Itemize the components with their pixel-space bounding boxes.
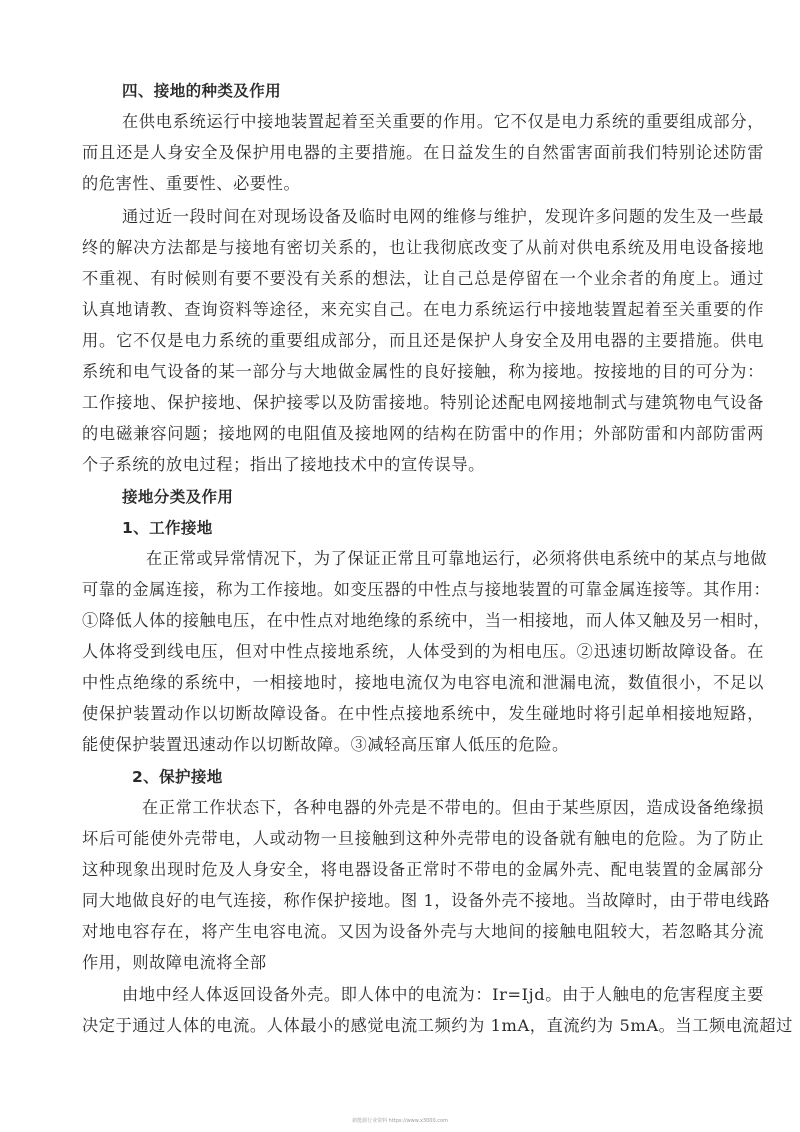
- subsection-title: 接地分类及作用: [122, 487, 233, 507]
- paragraph-line: 对地电容存在，将产生电容电流。又因为设备外壳与大地间的接触电阻较大，若忽略其分流: [82, 922, 764, 942]
- paragraph-line: 在正常或异常情况下，为了保证正常且可靠地运行，必须将供电系统中的某点与地做: [146, 549, 764, 569]
- paragraph-line: 这种现象出现时危及人身安全，将电器设备正常时不带电的金属外壳、配电装置的金属部分: [82, 860, 764, 880]
- paragraph-line: 能使保护装置迅速动作以切断故障。③减轻高压窜人低压的危险。: [82, 735, 569, 755]
- paragraph-line: 决定于通过人体的电流。人体最小的感觉电流工频约为 1mA，直流约为 5mA。当工…: [82, 1016, 764, 1036]
- paragraph-line: 工作接地、保护接地、保护接零以及防雷接地。特别论述配电网接地制式与建筑物电气设备: [82, 393, 764, 413]
- paragraph-line: 在正常工作状态下，各种电器的外壳是不带电的。但由于某些原因，造成设备绝缘损: [142, 798, 764, 818]
- paragraph-line: 而且还是人身安全及保护用电器的主要措施。在日益发生的自然雷害面前我们特别论述防雷: [82, 143, 764, 163]
- paragraph-line: 不重视、有时候则有要不要没有关系的想法，让自己总是停留在一个业余者的角度上。通过: [82, 269, 764, 289]
- paragraph-line: 由地中经人体返回设备外壳。即人体中的电流为：Ir=Ijd。由于人触电的危害程度主…: [122, 985, 764, 1005]
- paragraph-line: 的危害性、重要性、必要性。: [82, 174, 300, 194]
- paragraph-line: 系统和电气设备的某一部分与大地做金属性的良好接触，称为接地。按接地的目的可分为：: [82, 362, 764, 382]
- paragraph-line: 个子系统的放电过程；指出了接地技术中的宣传误导。: [82, 455, 485, 475]
- paragraph-line: 用。它不仅是电力系统的重要组成部分，而且还是保护人身安全及用电器的主要措施。供电: [82, 331, 764, 351]
- page-footer: 新能源行业资料 https://www.x3000.com: [0, 1117, 800, 1124]
- paragraph-line: 通过近一段时间在对现场设备及临时电网的维修与维护，发现许多问题的发生及一些最: [122, 207, 764, 227]
- paragraph-line: 中性点绝缘的系统中，一相接地时，接地电流仅为电容电流和泄漏电流，数值很小，不足以: [82, 673, 764, 693]
- paragraph-line: 使保护装置动作以切断故障设备。在中性点接地系统中，发生碰地时将引起单相接地短路，: [82, 704, 764, 724]
- section-title: 四、接地的种类及作用: [122, 81, 281, 101]
- paragraph-line: 可靠的金属连接，称为工作接地。如变压器的中性点与接地装置的可靠金属连接等。其作用…: [82, 580, 764, 600]
- paragraph-line: 人体将受到线电压，但对中性点接地系统，人体受到的为相电压。②迅速切断故障设备。在: [82, 642, 764, 662]
- paragraph-line: 坏后可能使外壳带电，人或动物一旦接触到这种外壳带电的设备就有触电的危险。为了防止: [82, 829, 764, 849]
- paragraph-line: 在供电系统运行中接地装置起着至关重要的作用。它不仅是电力系统的重要组成部分，: [122, 112, 764, 132]
- paragraph-line: 终的解决方法都是与接地有密切关系的，也让我彻底改变了从前对供电系统及用电设备接地: [82, 238, 764, 258]
- paragraph-line: ①降低人体的接触电压，在中性点对地绝缘的系统中，当一相接地，而人体又触及另一相时…: [82, 611, 764, 631]
- paragraph-line: 认真地请教、查询资料等途径，来充实自己。在电力系统运行中接地装置起着至关重要的作: [82, 300, 764, 320]
- paragraph-line: 同大地做良好的电气连接，称作保护接地。图 1，设备外壳不接地。当故障时，由于带电…: [82, 891, 764, 911]
- item1-title: 1、工作接地: [122, 518, 213, 538]
- paragraph-line: 作用，则故障电流将全部: [82, 953, 267, 973]
- paragraph-line: 的电磁兼容问题；接地网的电阻值及接地网的结构在防雷中的作用；外部防雷和内部防雷两: [82, 424, 764, 444]
- item2-title: 2、保护接地: [132, 767, 223, 787]
